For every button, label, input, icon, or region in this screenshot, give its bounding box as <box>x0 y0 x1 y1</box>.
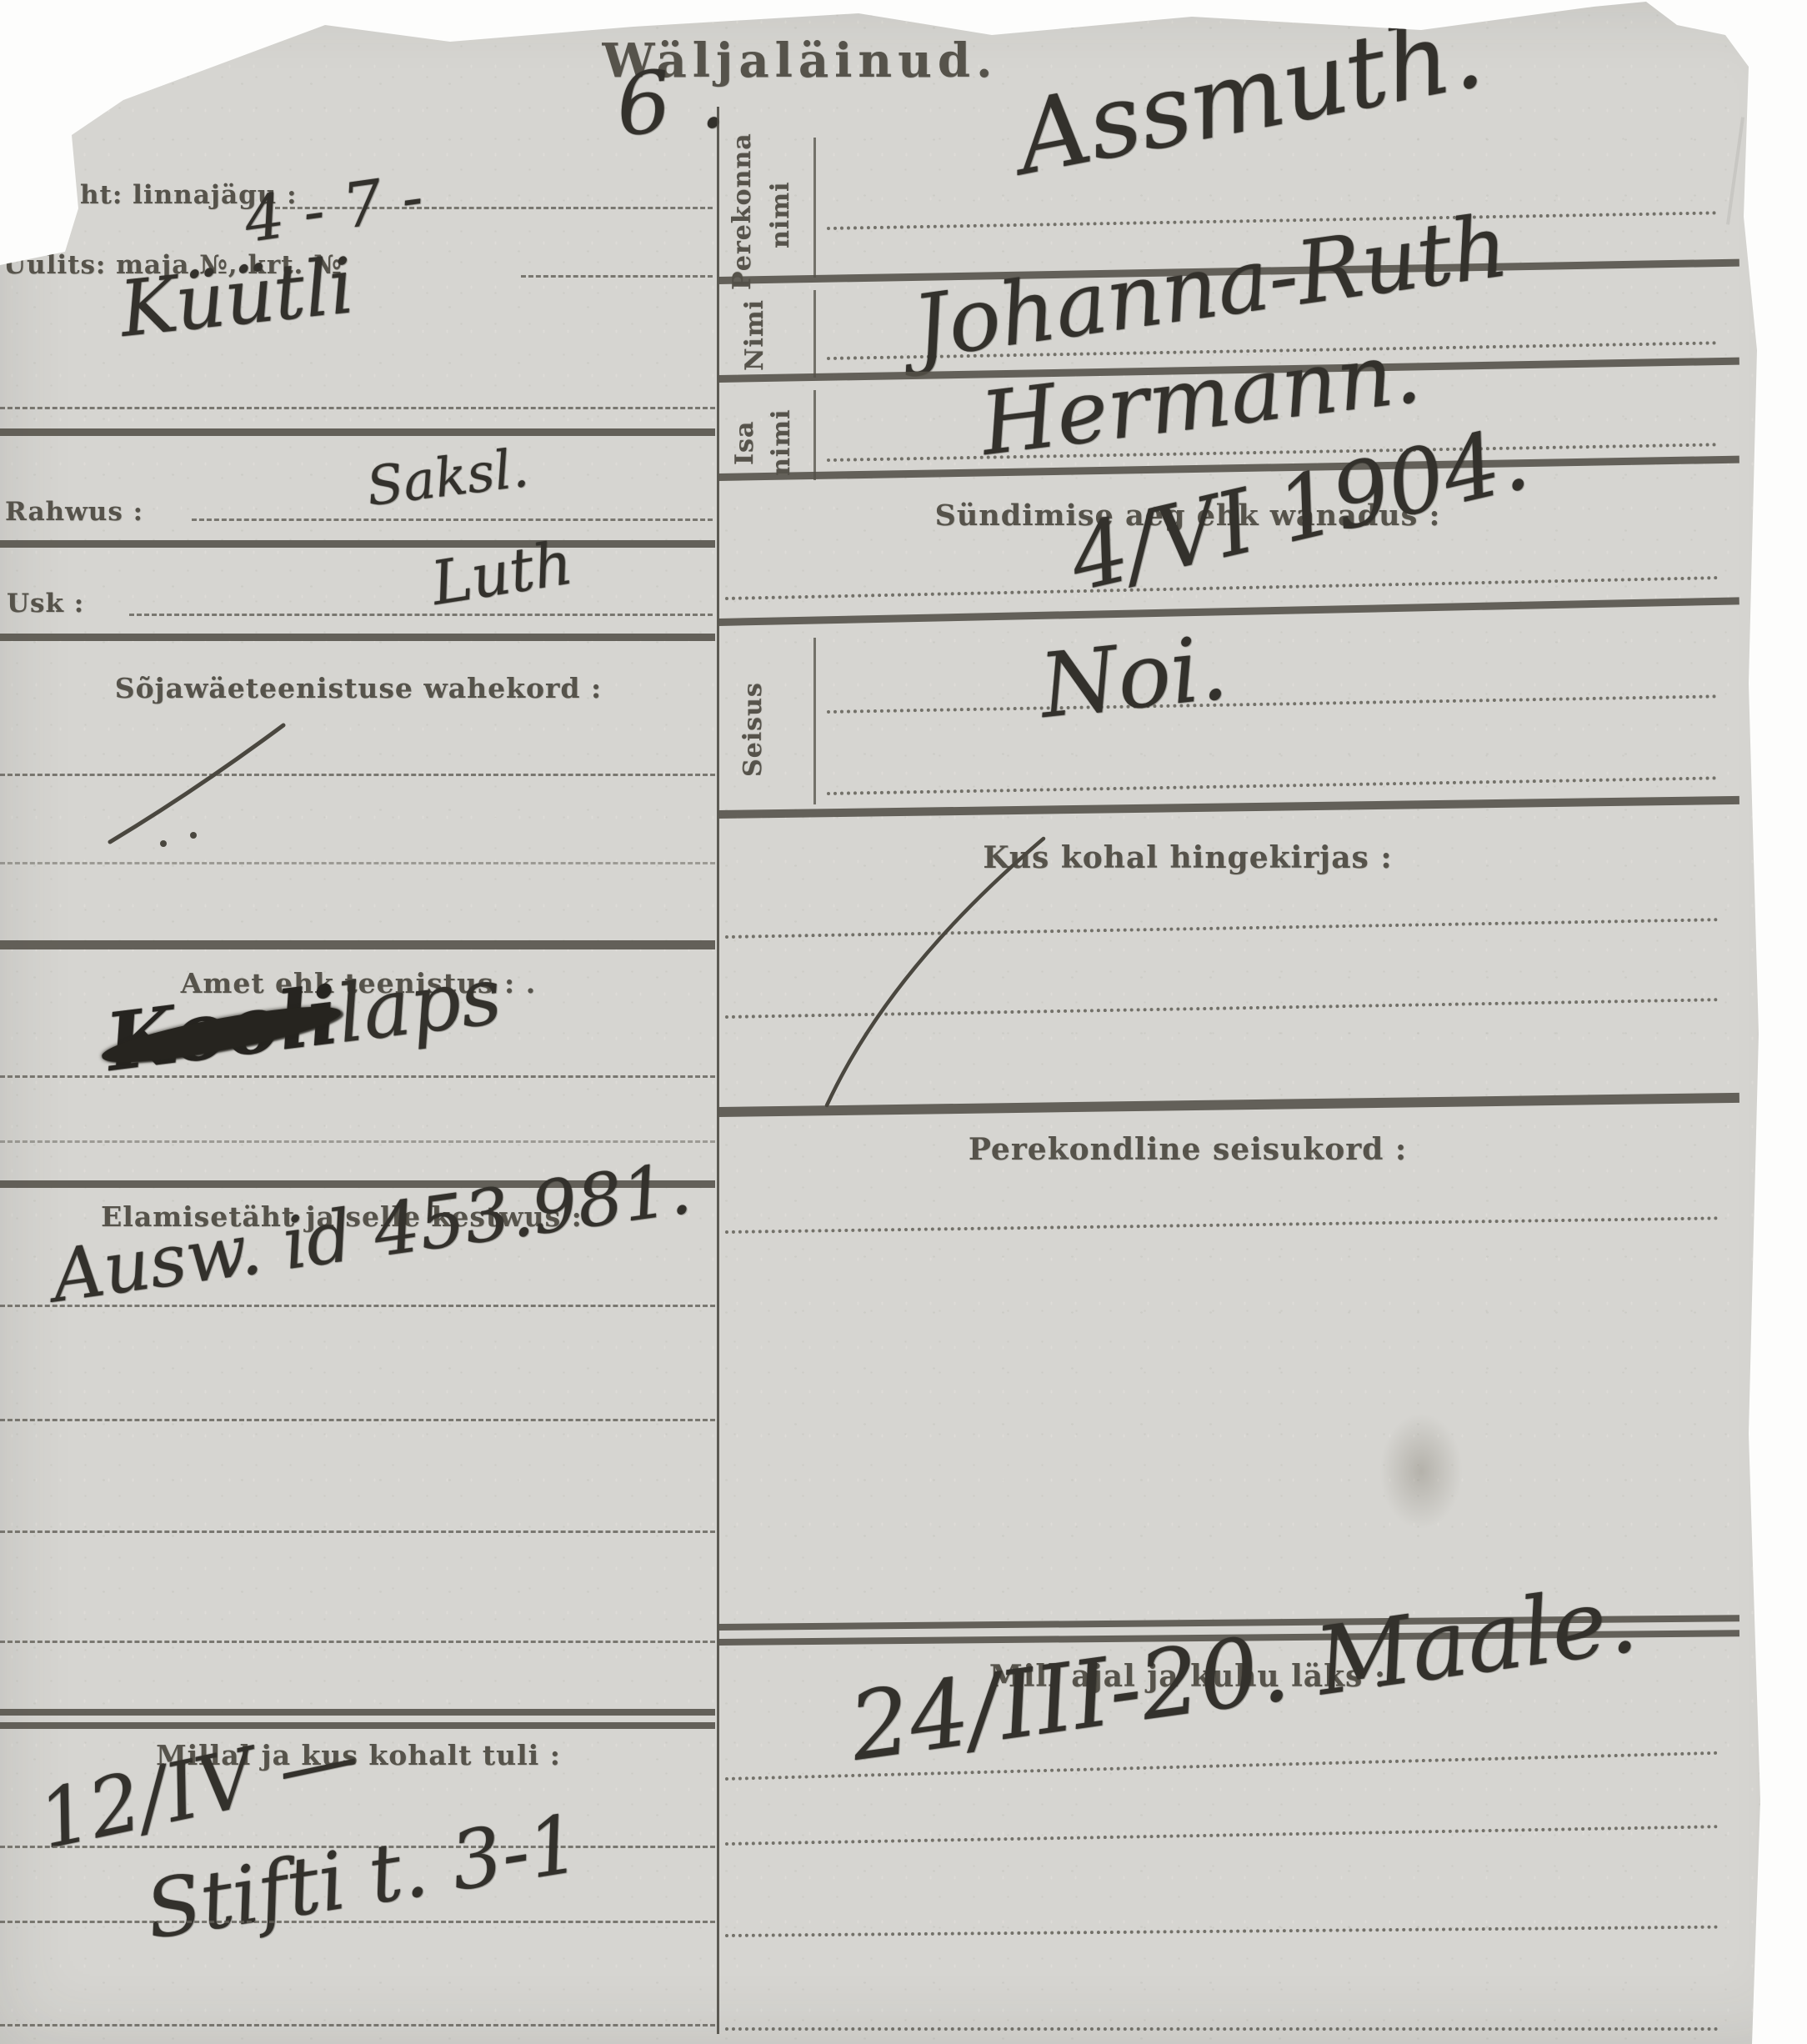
section-rule <box>718 1093 1739 1117</box>
dotted-line <box>0 1530 715 1533</box>
paper-crease <box>1681 0 1794 53</box>
dotted-line <box>725 576 1719 600</box>
scanned-registration-card: Wäljaläinud. 6 . ht: linnajägu : Uulits:… <box>0 0 1807 2044</box>
paper-sheet: Wäljaläinud. 6 . ht: linnajägu : Uulits:… <box>0 0 1807 2044</box>
religion-label: Usk : <box>7 589 84 619</box>
dotted-line <box>0 1305 715 1307</box>
parish-register-label: Kus kohal hingekirjas : <box>804 840 1571 875</box>
dotted-line <box>521 275 713 278</box>
dotted-line <box>0 862 715 864</box>
section-rule <box>718 796 1739 819</box>
nationality-value: Saksl. <box>363 438 532 519</box>
dotted-line <box>0 1140 715 1143</box>
dotted-line <box>0 1075 715 1078</box>
column-divider <box>717 107 719 2034</box>
form-title: Wäljaläinud. <box>500 33 1100 88</box>
ink-dot <box>160 840 167 847</box>
dotted-line <box>0 1641 715 1643</box>
section-rule <box>0 1709 715 1716</box>
family-name-label: Perekonna nimi <box>723 140 807 290</box>
dotted-line <box>725 1926 1719 1937</box>
dotted-line <box>827 694 1717 714</box>
marital-status-label: Perekondline seisukord : <box>804 1132 1571 1167</box>
dotted-line <box>725 998 1719 1019</box>
residence-permit-value: Ausw. id 453.981. <box>47 1146 696 1319</box>
section-rule <box>0 1722 715 1729</box>
given-name-label: Nimi <box>740 293 790 377</box>
dotted-line <box>0 774 715 776</box>
card-number: 6 . <box>613 48 729 156</box>
dotted-line <box>192 519 713 521</box>
section-rule <box>0 634 715 641</box>
dotted-line <box>725 1216 1719 1234</box>
status-label: Seisus <box>738 657 790 803</box>
label-separator <box>813 390 816 480</box>
dotted-line <box>827 776 1717 795</box>
dotted-line <box>725 2027 1719 2031</box>
dotted-line <box>725 1825 1719 1846</box>
label-separator <box>813 290 816 378</box>
dotted-line <box>0 1921 715 1923</box>
occupation-value-rest: laps <box>333 950 507 1061</box>
paper-crease <box>1726 117 1744 224</box>
section-rule <box>0 540 715 548</box>
family-name-value: Assmuth. <box>1007 0 1491 198</box>
paper-stain <box>1379 1413 1463 1530</box>
section-rule <box>0 428 715 436</box>
label-separator <box>813 638 816 804</box>
military-slash-icon <box>110 725 283 842</box>
dotted-line <box>0 2024 715 2026</box>
nationality-label: Rahwus : <box>5 497 143 527</box>
section-rule <box>718 597 1739 626</box>
ink-dot <box>190 832 197 839</box>
label-separator <box>813 138 816 278</box>
status-value: Noi. <box>1035 616 1232 738</box>
military-service-label: Sõjawäeteenistuse wahekord : <box>67 672 650 704</box>
section-rule <box>0 940 715 949</box>
dotted-line <box>0 407 715 409</box>
departure-value: 24/III-20. Maale. <box>843 1565 1643 1782</box>
parish-slash-icon <box>827 839 1044 1105</box>
dotted-line <box>725 918 1719 939</box>
dotted-line <box>129 614 713 616</box>
dotted-line <box>0 1419 715 1421</box>
